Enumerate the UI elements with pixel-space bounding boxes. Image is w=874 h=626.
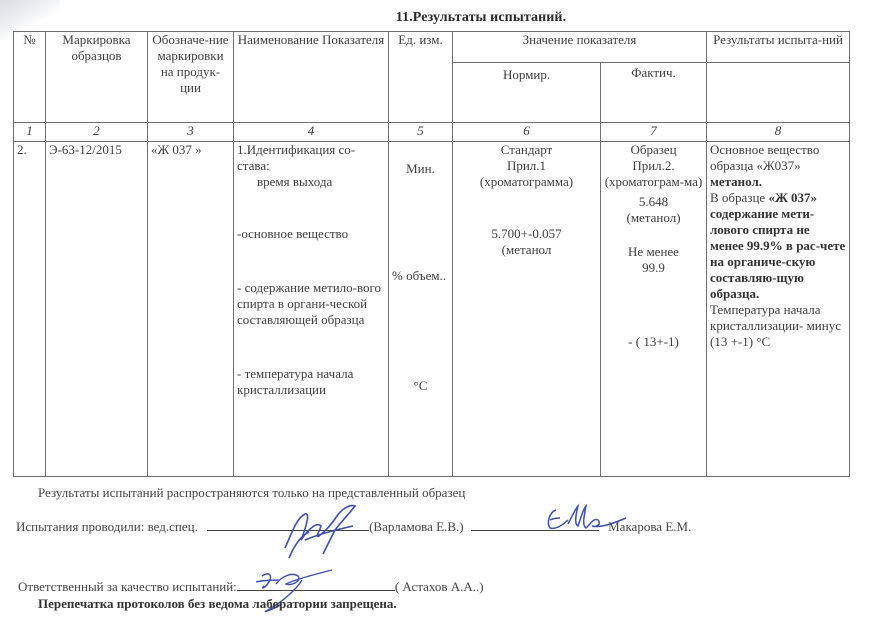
section-number: 11. xyxy=(396,10,413,25)
responsible-label: Ответственный за качество испытаний: xyxy=(18,579,237,594)
units: Мин. % объем.. °С xyxy=(389,142,453,477)
column-number: 7 xyxy=(601,123,707,142)
column-number: 3 xyxy=(148,123,234,142)
actual-values: Образец Прил.2. (хроматограм-ма) 5.648 (… xyxy=(601,142,707,477)
column-number: 5 xyxy=(389,123,453,142)
sample-chromatogram: (хроматограм-ма) xyxy=(604,174,703,190)
table-row: 2. Э-63-12/2015 «Ж 037 » 1.Идентификация… xyxy=(14,142,850,477)
standard-label: Стандарт xyxy=(456,142,597,158)
normative-main-substance-name: (метанол xyxy=(456,242,597,258)
header-test-results: Результаты испыта-ний xyxy=(707,32,850,63)
test-result: Основное вещество образца «Ж037» метанол… xyxy=(707,142,850,477)
crystallization-temp-label: - температура начала кристаллизации xyxy=(237,366,385,398)
standard-chromatogram: (хроматограмма) xyxy=(456,174,597,190)
column-number-row: 1 2 3 4 5 6 7 8 xyxy=(14,123,850,142)
indicator-names: 1.Идентификация со-става: время выхода -… xyxy=(234,142,389,477)
column-number: 8 xyxy=(707,123,850,142)
result-part-3: В образце xyxy=(710,190,768,205)
header-indicator-value: Значение показателя xyxy=(453,32,707,63)
actual-methanol-content: Не менее 99.9 xyxy=(604,244,703,276)
header-normative: Нормир. xyxy=(453,63,601,123)
header-sample-marking: Маркировка образцов xyxy=(46,32,148,123)
column-number: 1 xyxy=(14,123,46,142)
main-substance-label: -основное вещество xyxy=(237,226,385,242)
column-number: 4 xyxy=(234,123,389,142)
unit-percent-volume: % объем.. xyxy=(392,268,449,284)
unit-celsius: °С xyxy=(392,378,449,394)
retention-time-label: время выхода xyxy=(237,174,385,190)
actual-main-substance-name: (метанол) xyxy=(604,210,703,226)
sample-label: Образец xyxy=(604,142,703,158)
row-number: 2. xyxy=(14,142,46,477)
results-scope-note: Результаты испытаний распространяются то… xyxy=(38,485,465,501)
standard-appendix: Прил.1 xyxy=(456,158,597,174)
actual-main-substance-value: 5.648 xyxy=(604,194,703,210)
result-methanol-bold: «Ж 037» содержание мети-лового спирта не… xyxy=(710,190,845,301)
header-number: № xyxy=(14,32,46,123)
header-unit: Ед. изм. xyxy=(389,32,453,123)
result-substance-bold: метанол. xyxy=(710,174,846,190)
header-indicator-name: Наименование Показателя xyxy=(234,32,389,123)
identification-title: 1.Идентификация со-става: xyxy=(237,142,385,174)
product-marking: «Ж 037 » xyxy=(148,142,234,477)
sample-appendix: Прил.2. xyxy=(604,158,703,174)
result-part-1: Основное вещество образца «Ж037» xyxy=(710,142,819,173)
responsible-name: ( Астахов А.А..) xyxy=(395,579,484,594)
header-row-1: № Маркировка образцов Обозначе-ние марки… xyxy=(14,32,850,63)
column-number: 6 xyxy=(453,123,601,142)
sample-marking: Э-63-12/2015 xyxy=(46,142,148,477)
normative-values: Стандарт Прил.1 (хроматограмма) 5.700+-0… xyxy=(453,142,601,477)
column-number: 2 xyxy=(46,123,148,142)
tested-by-label: Испытания проводили: вед.спец. xyxy=(16,519,198,534)
unit-minutes: Мин. xyxy=(392,161,449,177)
normative-main-substance-value: 5.700+-0.057 xyxy=(456,226,597,242)
results-table: № Маркировка образцов Обозначе-ние марки… xyxy=(13,31,850,477)
signature-makarova-icon xyxy=(542,502,632,542)
section-title-text: Результаты испытаний. xyxy=(413,10,566,25)
header-product-marking: Обозначе-ние маркировки на продук-ции xyxy=(148,32,234,123)
section-title: 11.Результаты испытаний. xyxy=(0,10,874,26)
signature-varlamova-icon xyxy=(275,500,395,560)
result-crystallization: Температура начала кристаллизации- минус… xyxy=(710,302,846,350)
reprint-prohibition-notice: Перепечатка протоколов без ведома лабора… xyxy=(38,596,397,612)
header-results-empty xyxy=(707,63,850,123)
actual-crystallization-temp: - ( 13+-1) xyxy=(604,334,703,350)
header-actual: Фактич. xyxy=(601,63,707,123)
methanol-content-label: - содержание метило-вого спирта в органи… xyxy=(237,280,385,328)
